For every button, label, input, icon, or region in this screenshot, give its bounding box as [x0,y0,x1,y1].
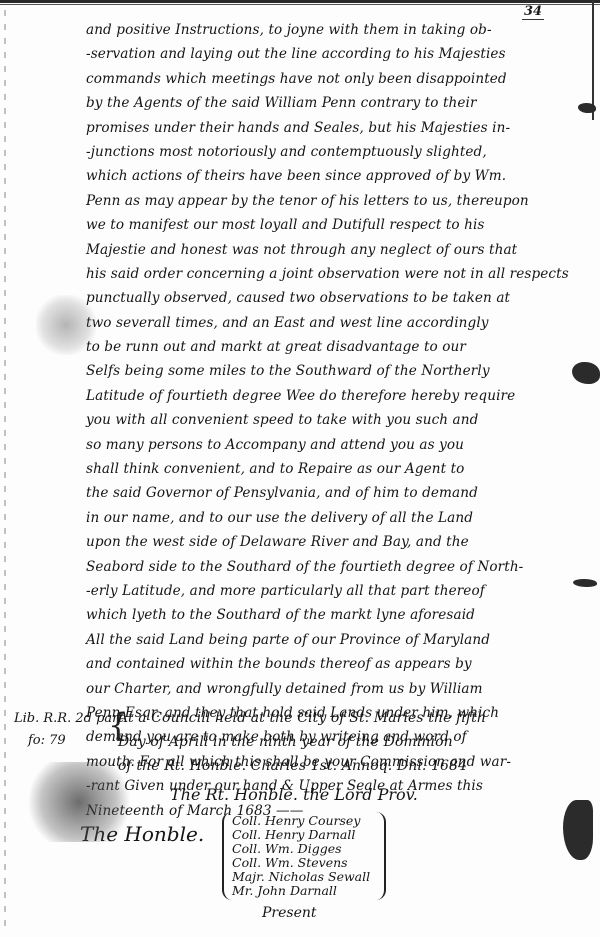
text-line: Selfs being some miles to the Southward … [86,359,566,383]
commission-text: and positive Instructions, to joyne with… [86,18,566,823]
attendee: Coll. Wm. Digges [232,842,370,856]
text-line: shall think convenient, and to Repaire a… [86,457,566,481]
page-left-edge [4,10,6,930]
attendee: Coll. Henry Coursey [232,814,370,828]
attendee: Coll. Henry Darnall [232,828,370,842]
text-line: -junctions most notoriously and contempt… [86,140,566,164]
text-line: Penn as may appear by the tenor of his l… [86,189,566,213]
page-top-border [0,0,600,3]
text-line: his said order concerning a joint observ… [86,262,566,286]
text-line: we to manifest our most loyall and Dutif… [86,213,566,237]
ink-blot [573,579,597,587]
attendee: Mr. John Darnall [232,884,370,898]
text-line: Majestie and honest was not through any … [86,238,566,262]
text-line: our Charter, and wrongfully detained fro… [86,677,566,701]
ink-blot [578,103,596,113]
attendee: Coll. Wm. Stevens [232,856,370,870]
text-line: the said Governor of Pensylvania, and of… [86,481,566,505]
page-top-border-thin [0,4,600,5]
text-line: upon the west side of Delaware River and… [86,530,566,554]
ink-smudge [24,762,134,842]
text-line: two severall times, and an East and west… [86,311,566,335]
council-heading-line: At a Councill held at the City of St. Ma… [118,706,578,730]
attendee: Majr. Nicholas Sewall [232,870,370,884]
present-label: Present [262,905,317,921]
text-line: All the said Land being parte of our Pro… [86,628,566,652]
text-line: to be runn out and markt at great disadv… [86,335,566,359]
text-line: you with all convenient speed to take wi… [86,408,566,432]
ink-blot [563,800,593,860]
text-line: which lyeth to the Southard of the markt… [86,603,566,627]
text-line: and contained within the bounds thereof … [86,652,566,676]
text-line: promises under their hands and Seales, b… [86,116,566,140]
council-heading: At a Councill held at the City of St. Ma… [118,706,578,778]
attendee-list: Coll. Henry Coursey Coll. Henry Darnall … [222,812,386,900]
presiding-officer: The Rt. Honble. the Lord Prov. [170,785,418,804]
text-line: Seabord side to the Southard of the four… [86,555,566,579]
text-line: which actions of theirs have been since … [86,164,566,188]
manuscript-page: 34 and positive Instructions, to joyne w… [0,0,600,937]
text-line: -erly Latitude, and more particularly al… [86,579,566,603]
text-line: so many persons to Accompany and attend … [86,433,566,457]
text-line: -servation and laying out the line accor… [86,42,566,66]
text-line: by the Agents of the said William Penn c… [86,91,566,115]
council-heading-line: Day of Aprill in the ninth year of the D… [118,730,578,754]
text-line: in our name, and to our use the delivery… [86,506,566,530]
text-line: punctually observed, caused two observat… [86,286,566,310]
page-right-edge [592,0,594,120]
ink-blot [572,362,600,384]
ink-smudge [36,295,96,355]
text-line: and positive Instructions, to joyne with… [86,18,566,42]
text-line: commands which meetings have not only be… [86,67,566,91]
text-line: Latitude of fourtieth degree Wee do ther… [86,384,566,408]
council-heading-line: of the Rt. Honble. Charles 1st. Annoq. D… [118,754,578,778]
